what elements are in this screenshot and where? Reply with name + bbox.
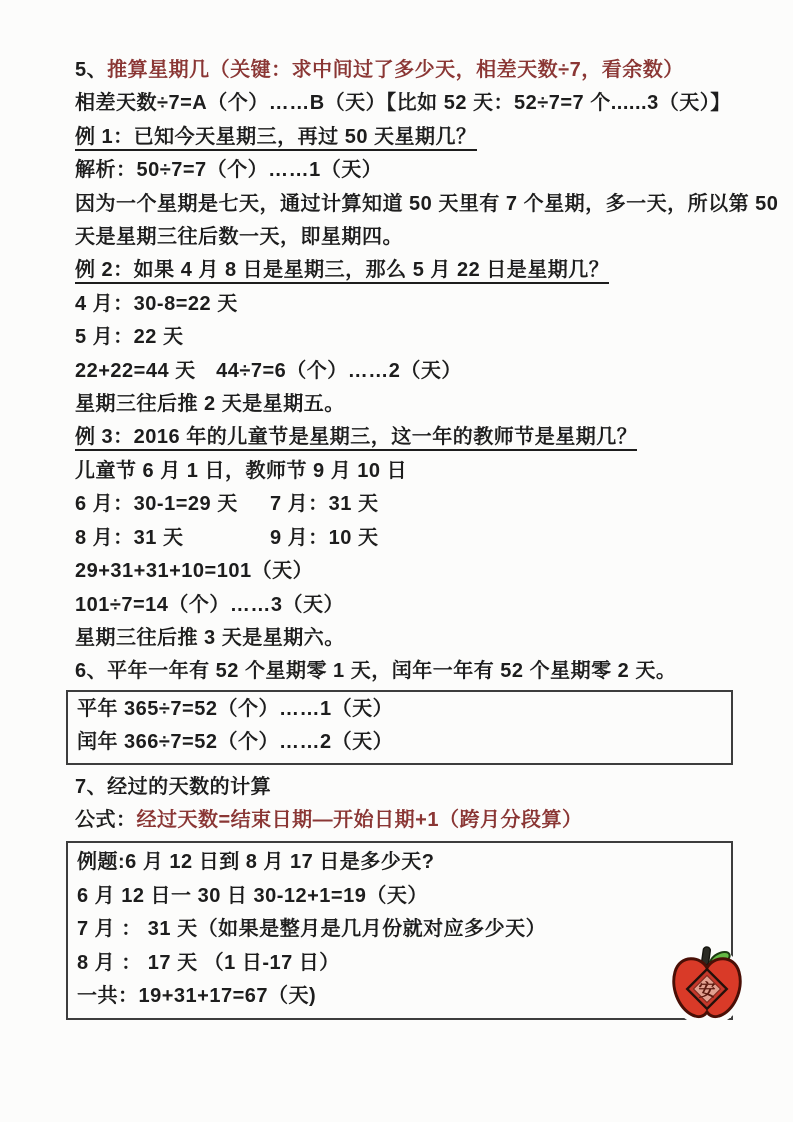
section5-title-text: 推算星期几（关键：求中间过了多少天，相差天数÷7，看余数） bbox=[107, 59, 684, 81]
box-july: 7 月 ： 31 天（如果是整月是几月份就对应多少天） bbox=[77, 913, 731, 946]
apple-seal-icon: 安 bbox=[668, 944, 746, 1026]
example3-september: 9 月：10 天 bbox=[270, 522, 378, 555]
example3-august: 8 月：31 天 bbox=[75, 522, 270, 555]
common-year-rule: 平年 365÷7=52（个）……1（天） bbox=[77, 693, 731, 726]
apple-seal-character: 安 bbox=[699, 980, 716, 1000]
section7-heading: 7、经过的天数的计算 bbox=[75, 771, 727, 804]
leap-year-rule: 闰年 366÷7=52（个）……2（天） bbox=[77, 726, 731, 759]
section7-example-box: 例题:6 月 12 日到 8 月 17 日是多少天? 6 月 12 日一 30 … bbox=[66, 841, 733, 1020]
box-august: 8 月 ： 17 天 （1 日-17 日） bbox=[77, 947, 731, 980]
example3-june: 6 月：30-1=29 天 bbox=[75, 488, 270, 521]
example2-april: 4 月：30-8=22 天 bbox=[75, 288, 727, 321]
formula-text: 经过天数=结束日期—开始日期+1（跨月分段算） bbox=[137, 809, 583, 831]
example2-may: 5 月：22 天 bbox=[75, 321, 727, 354]
section5-number: 5、 bbox=[75, 59, 107, 81]
formula-label: 公式： bbox=[75, 809, 137, 831]
example3-sum: 29+31+31+10=101（天） bbox=[75, 555, 727, 588]
example3-answer: 星期三往后推 3 天是星期六。 bbox=[75, 622, 727, 655]
example3-division: 101÷7=14（个）……3（天） bbox=[75, 589, 727, 622]
example3-row-june-july: 6 月：30-1=29 天 7 月：31 天 bbox=[75, 488, 727, 521]
example1-heading: 例 1：已知今天星期三，再过 50 天星期几？ bbox=[75, 121, 727, 154]
section7-formula-line: 公式：经过天数=结束日期—开始日期+1（跨月分段算） bbox=[75, 804, 727, 837]
box-total: 一共：19+31+17=67（天) bbox=[77, 980, 731, 1013]
example2-heading: 例 2：如果 4 月 8 日是星期三，那么 5 月 22 日是星期几？ bbox=[75, 254, 727, 287]
example1-explain-line1: 因为一个星期是七天，通过计算知道 50 天里有 7 个星期，多一天，所以第 50 bbox=[75, 188, 727, 221]
box-june: 6 月 12 日一 30 日 30-12+1=19（天） bbox=[77, 880, 731, 913]
document-page: 5、推算星期几（关键：求中间过了多少天，相差天数÷7，看余数） 相差天数÷7=A… bbox=[0, 0, 793, 1122]
example3-dates: 儿童节 6 月 1 日，教师节 9 月 10 日 bbox=[75, 455, 727, 488]
example3-july: 7 月：31 天 bbox=[270, 488, 378, 521]
example2-calc: 22+22=44 天 44÷7=6（个）……2（天） bbox=[75, 355, 727, 388]
document-content: 5、推算星期几（关键：求中间过了多少天，相差天数÷7，看余数） 相差天数÷7=A… bbox=[75, 54, 727, 1020]
example1-solution: 解析：50÷7=7（个）……1（天） bbox=[75, 154, 727, 187]
example3-row-aug-sep: 8 月：31 天 9 月：10 天 bbox=[75, 522, 727, 555]
example2-answer: 星期三往后推 2 天是星期五。 bbox=[75, 388, 727, 421]
section5-title: 5、推算星期几（关键：求中间过了多少天，相差天数÷7，看余数） bbox=[75, 54, 727, 87]
section6-rule-box: 平年 365÷7=52（个）……1（天） 闰年 366÷7=52（个）……2（天… bbox=[66, 690, 733, 765]
example1-explain-line2: 天是星期三往后数一天，即星期四。 bbox=[75, 221, 727, 254]
box-question: 例题:6 月 12 日到 8 月 17 日是多少天? bbox=[77, 846, 731, 879]
section5-formula: 相差天数÷7=A（个）……B（天）【比如 52 天：52÷7=7 个......… bbox=[75, 87, 727, 120]
section6-heading: 6、平年一年有 52 个星期零 1 天，闰年一年有 52 个星期零 2 天。 bbox=[75, 655, 727, 688]
example3-heading: 例 3：2016 年的儿童节是星期三，这一年的教师节是星期几？ bbox=[75, 421, 727, 454]
